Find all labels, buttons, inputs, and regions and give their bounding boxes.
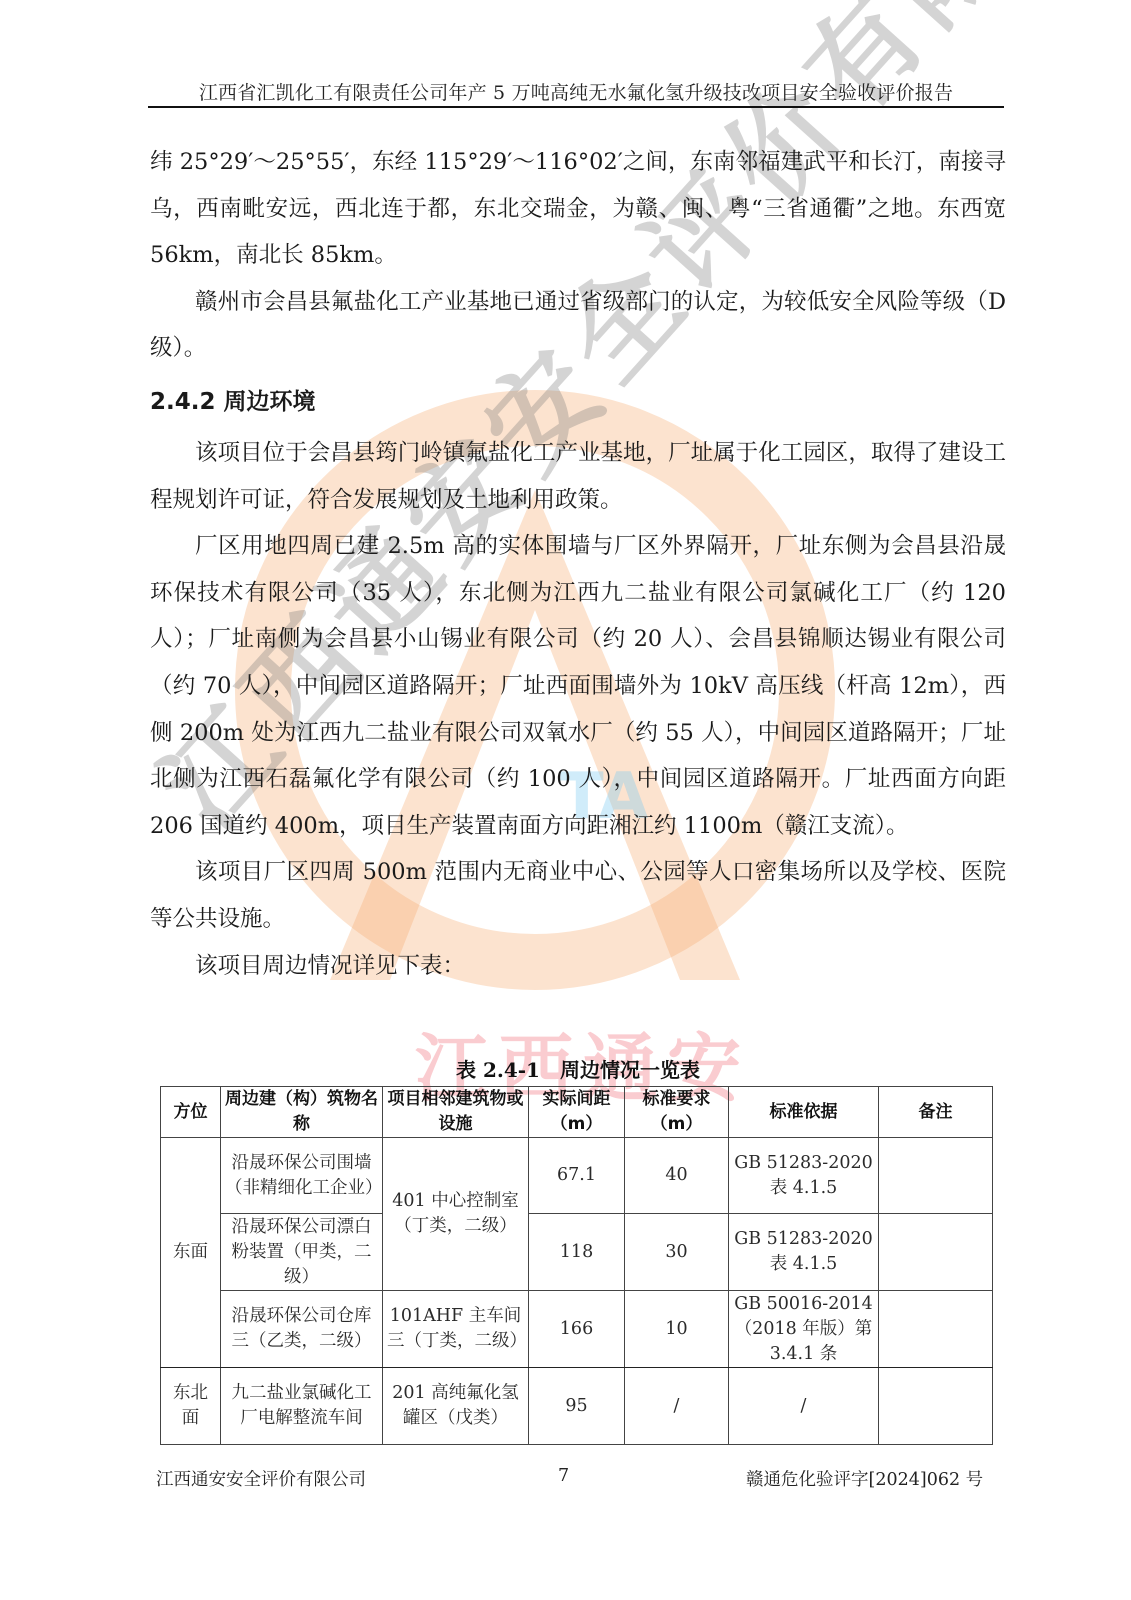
header-required-distance: 标准要求（m） <box>625 1087 729 1138</box>
document-page: TA 江西通安 江西通安安全评价有限公司 江西省汇凯化工有限责任公司年产 5 万… <box>0 0 1131 1600</box>
cell-actual: 95 <box>529 1368 625 1445</box>
cell-required: 10 <box>625 1291 729 1368</box>
header-adjacent: 项目相邻建筑物或设施 <box>383 1087 529 1138</box>
table-header-row: 方位 周边建（构）筑物名称 项目相邻建筑物或设施 实际间距（m） 标准要求（m）… <box>161 1087 993 1138</box>
cell-adjacent: 401 中心控制室（丁类，二级） <box>383 1138 529 1291</box>
cell-required: / <box>625 1368 729 1445</box>
body-text: 纬 25°29′～25°55′，东经 115°29′～116°02′之间，东南邻… <box>150 139 1006 989</box>
table-row: 沿晟环保公司漂白粉装置（甲类，二级） 118 30 GB 51283-2020 … <box>161 1214 993 1291</box>
cell-basis: GB 51283-2020 表 4.1.5 <box>729 1214 879 1291</box>
cell-required: 40 <box>625 1138 729 1214</box>
paragraph-table-intro: 该项目周边情况详见下表： <box>150 943 1006 990</box>
cell-basis: GB 50016-2014（2018 年版）第 3.4.1 条 <box>729 1291 879 1368</box>
cell-remark <box>879 1214 993 1291</box>
cell-surrounding: 九二盐业氯碱化工厂电解整流车间 <box>221 1368 383 1445</box>
cell-adjacent: 201 高纯氟化氢罐区（戊类） <box>383 1368 529 1445</box>
header-surrounding: 周边建（构）筑物名称 <box>221 1087 383 1138</box>
surroundings-table: 方位 周边建（构）筑物名称 项目相邻建筑物或设施 实际间距（m） 标准要求（m）… <box>160 1086 993 1445</box>
cell-remark <box>879 1368 993 1445</box>
table-caption: 表 2.4-1 周边情况一览表 <box>150 1054 1006 1083</box>
paragraph-surroundings: 厂区用地四周已建 2.5m 高的实体围墙与厂区外界隔开，厂址东侧为会昌县沿晟环保… <box>150 523 1006 849</box>
cell-surrounding: 沿晟环保公司仓库三（乙类，二级） <box>221 1291 383 1368</box>
cell-required: 30 <box>625 1214 729 1291</box>
footer-doc-number: 赣通危化验评字[2024]062 号 <box>746 1466 983 1491</box>
header-divider <box>148 106 1004 108</box>
table-row: 沿晟环保公司仓库三（乙类，二级） 101AHF 主车间三（丁类，二级） 166 … <box>161 1291 993 1368</box>
paragraph-risk-level: 赣州市会昌县氟盐化工产业基地已通过省级部门的认定，为较低安全风险等级（D 级）。 <box>150 279 1006 372</box>
cell-actual: 118 <box>529 1214 625 1291</box>
cell-direction: 东面 <box>161 1138 221 1368</box>
footer-page-number: 7 <box>558 1466 569 1486</box>
paragraph-site: 该项目位于会昌县筠门岭镇氟盐化工产业基地，厂址属于化工园区，取得了建设工程规划许… <box>150 430 1006 523</box>
table-row: 东面 沿晟环保公司围墙（非精细化工企业） 401 中心控制室（丁类，二级） 67… <box>161 1138 993 1214</box>
paragraph-public-facilities: 该项目厂区四周 500m 范围内无商业中心、公园等人口密集场所以及学校、医院等公… <box>150 849 1006 942</box>
header-actual-distance: 实际间距（m） <box>529 1087 625 1138</box>
header-basis: 标准依据 <box>729 1087 879 1138</box>
cell-actual: 67.1 <box>529 1138 625 1214</box>
header-direction: 方位 <box>161 1087 221 1138</box>
footer-company: 江西通安安全评价有限公司 <box>156 1466 366 1491</box>
header-remark: 备注 <box>879 1087 993 1138</box>
cell-adjacent: 101AHF 主车间三（丁类，二级） <box>383 1291 529 1368</box>
table-row: 东北面 九二盐业氯碱化工厂电解整流车间 201 高纯氟化氢罐区（戊类） 95 /… <box>161 1368 993 1445</box>
cell-actual: 166 <box>529 1291 625 1368</box>
cell-surrounding: 沿晟环保公司漂白粉装置（甲类，二级） <box>221 1214 383 1291</box>
cell-direction: 东北面 <box>161 1368 221 1445</box>
running-header: 江西省汇凯化工有限责任公司年产 5 万吨高纯无水氟化氢升级技改项目安全验收评价报… <box>148 78 1004 105</box>
cell-remark <box>879 1291 993 1368</box>
cell-surrounding: 沿晟环保公司围墙（非精细化工企业） <box>221 1138 383 1214</box>
cell-basis: GB 51283-2020 表 4.1.5 <box>729 1138 879 1214</box>
cell-remark <box>879 1138 993 1214</box>
cell-basis: / <box>729 1368 879 1445</box>
paragraph-location: 纬 25°29′～25°55′，东经 115°29′～116°02′之间，东南邻… <box>150 139 1006 279</box>
section-heading: 2.4.2 周边环境 <box>150 374 1006 430</box>
